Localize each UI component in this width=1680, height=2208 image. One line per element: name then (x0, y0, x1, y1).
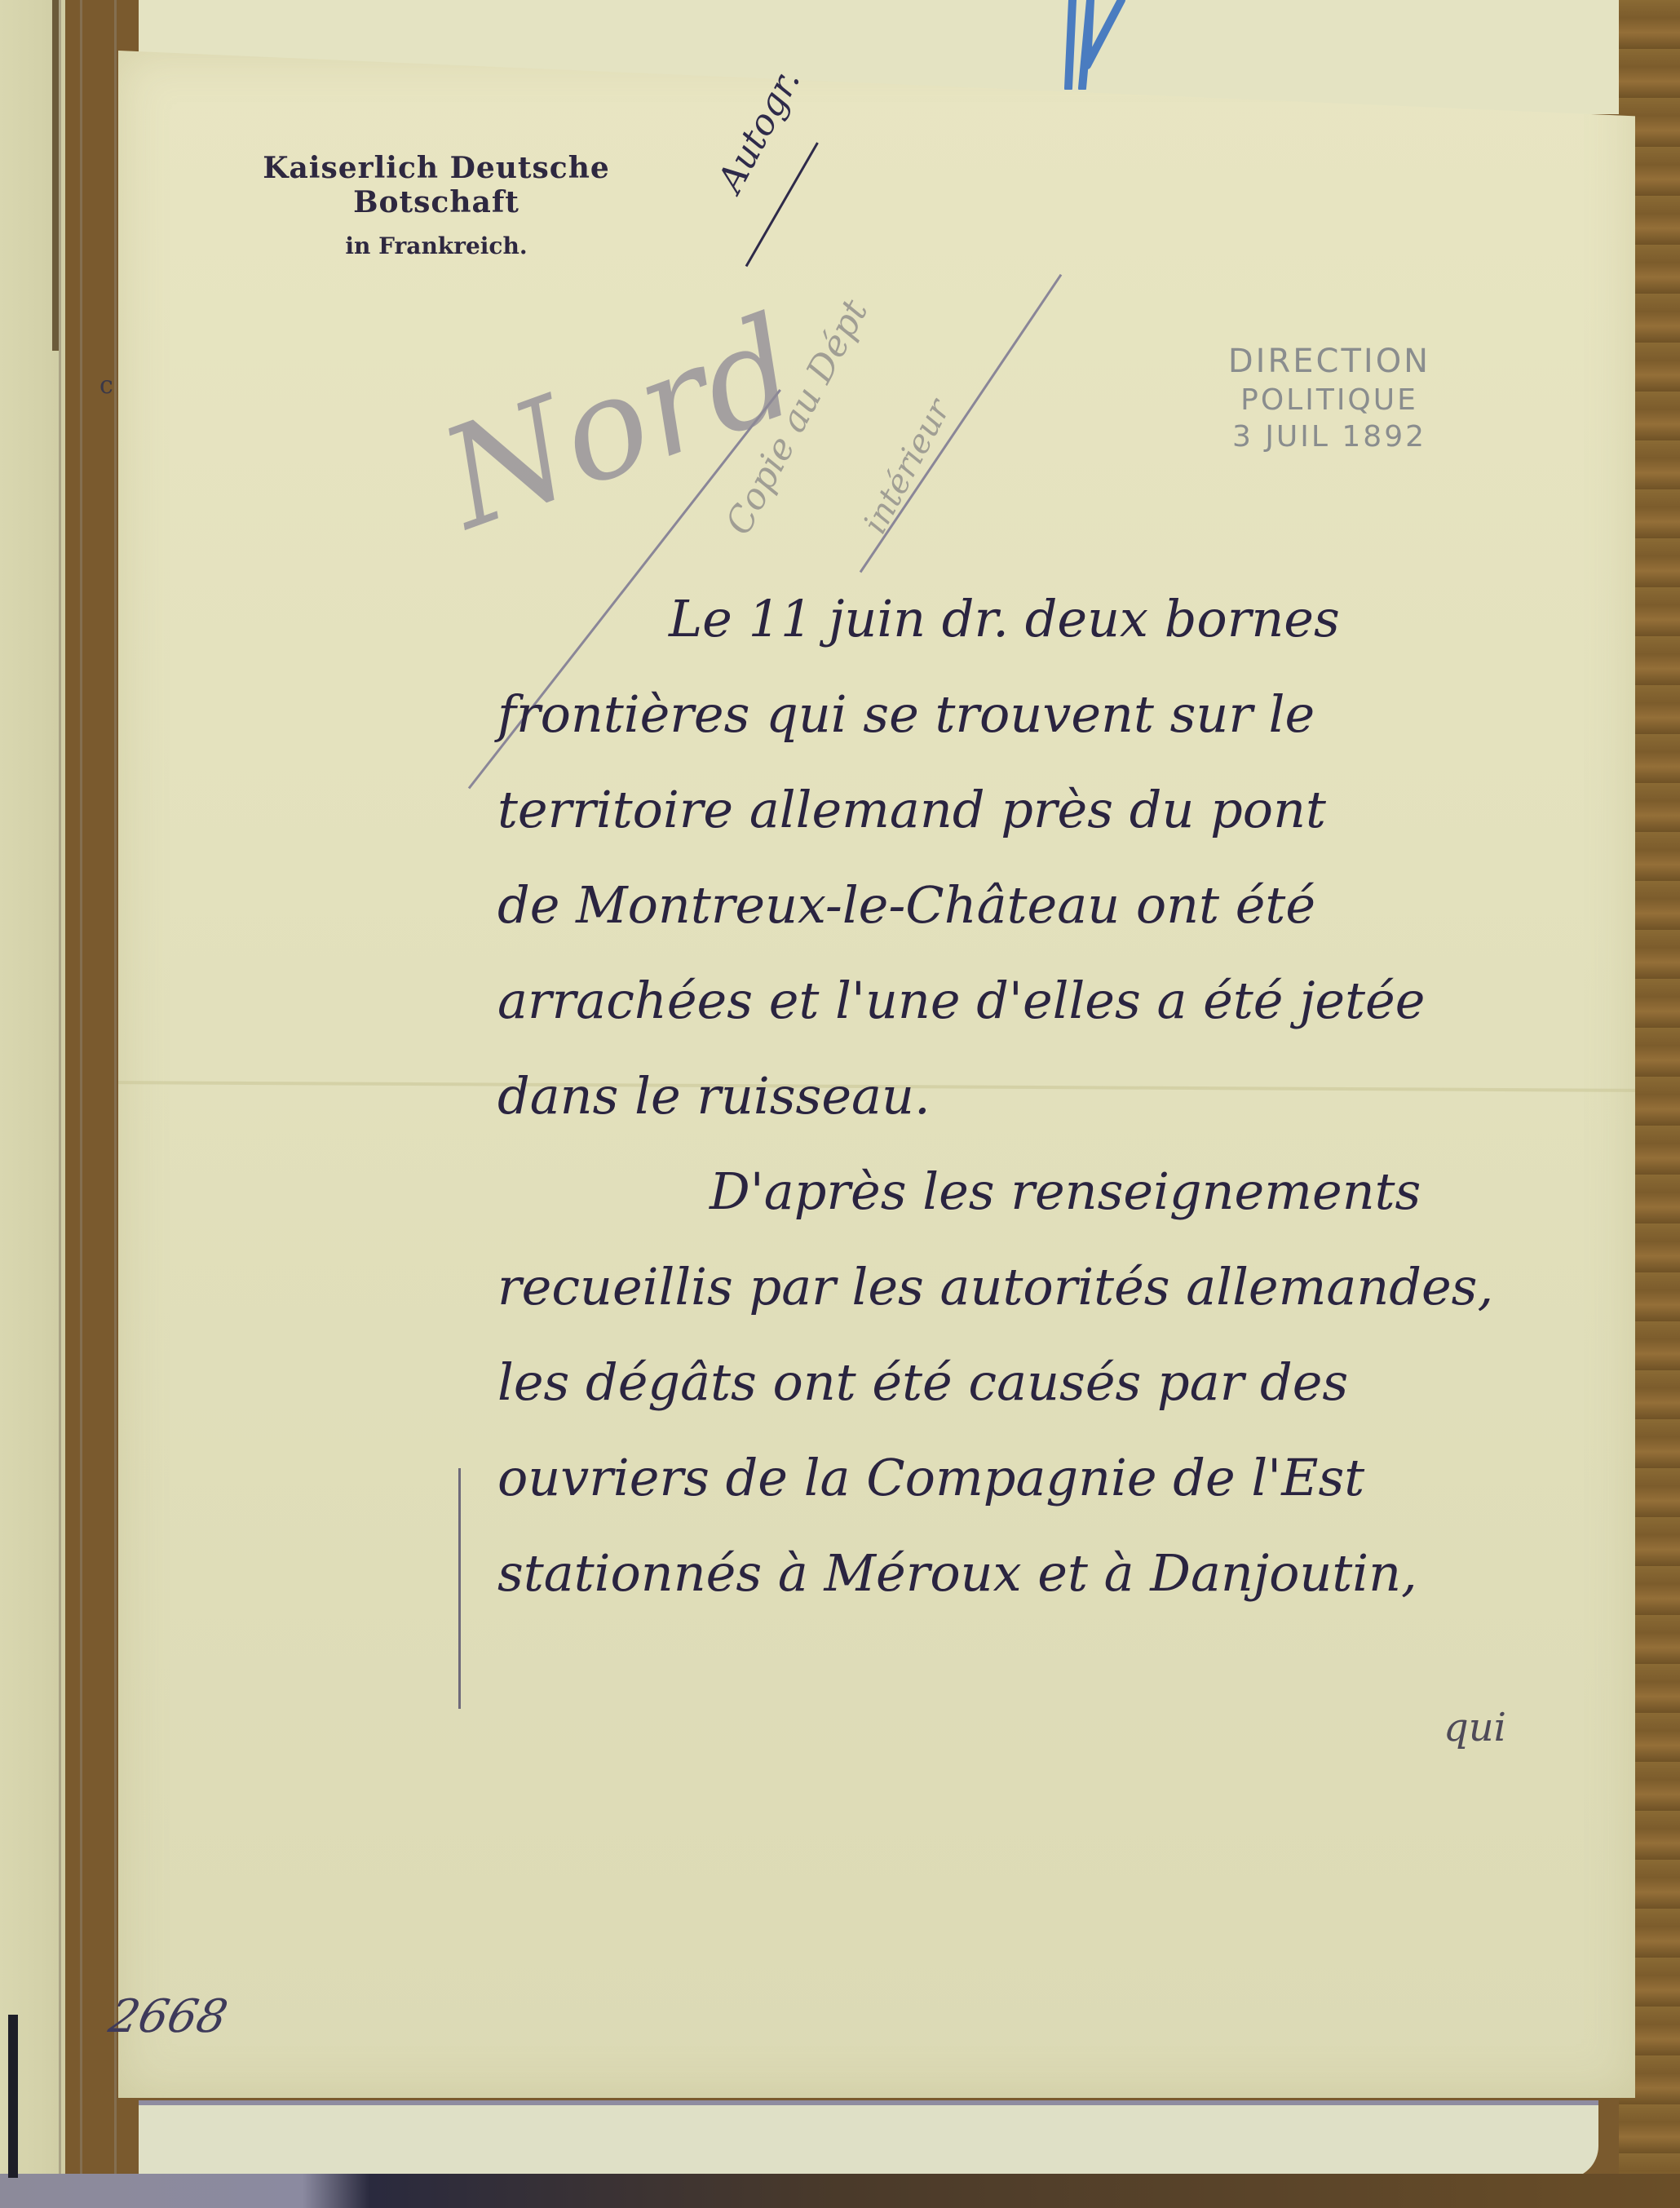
body-line: Le 11 juin dr. deux bornes (497, 571, 1623, 666)
letter-body: Le 11 juin dr. deux bornes frontières qu… (497, 571, 1623, 1621)
blue-pencil-mark-icon (1064, 0, 1162, 90)
letterhead-line1: Kaiserlich Deutsche Botschaft (200, 151, 673, 219)
body-line: recueillis par les autorités allemandes, (497, 1239, 1623, 1334)
margin-pencil-bar (458, 1468, 461, 1709)
stamp-date: 3 JUIL 1892 (1183, 420, 1476, 454)
underlying-sheet-bottom (139, 2100, 1598, 2179)
direction-politique-stamp: DIRECTION POLITIQUE 3 JUIL 1892 (1183, 343, 1476, 454)
body-line: stationnés à Méroux et à Danjoutin, (497, 1525, 1623, 1621)
body-line: D'après les renseignements (497, 1144, 1623, 1239)
page-edge-line (59, 0, 61, 2186)
folio-number: 2668 (104, 1990, 232, 2043)
catchword: qui (1443, 1705, 1506, 1750)
body-line: territoire allemand près du pont (497, 762, 1623, 857)
body-line: ouvriers de la Compagnie de l'Est (497, 1430, 1623, 1525)
body-line: arrachées et l'une d'elles a été jetée (497, 953, 1623, 1048)
page-edge-line (80, 0, 82, 2186)
letterhead: Kaiserlich Deutsche Botschaft in Frankre… (200, 151, 673, 259)
binder-clip-edge (8, 2015, 18, 2178)
page-edge-line (114, 0, 117, 2186)
body-line: frontières qui se trouvent sur le (497, 666, 1623, 762)
body-line: dans le ruisseau. (497, 1048, 1623, 1144)
body-line: de Montreux-le-Château ont été (497, 857, 1623, 953)
letterhead-line2: in Frankreich. (200, 232, 673, 259)
stamp-line1: DIRECTION (1183, 343, 1476, 380)
binder-spine-edge (52, 0, 59, 351)
body-line: les dégâts ont été causés par des (497, 1334, 1623, 1430)
table-surface-bottom (0, 2174, 1680, 2208)
edge-mark: c (99, 371, 113, 400)
stamp-line2: POLITIQUE (1183, 383, 1476, 417)
